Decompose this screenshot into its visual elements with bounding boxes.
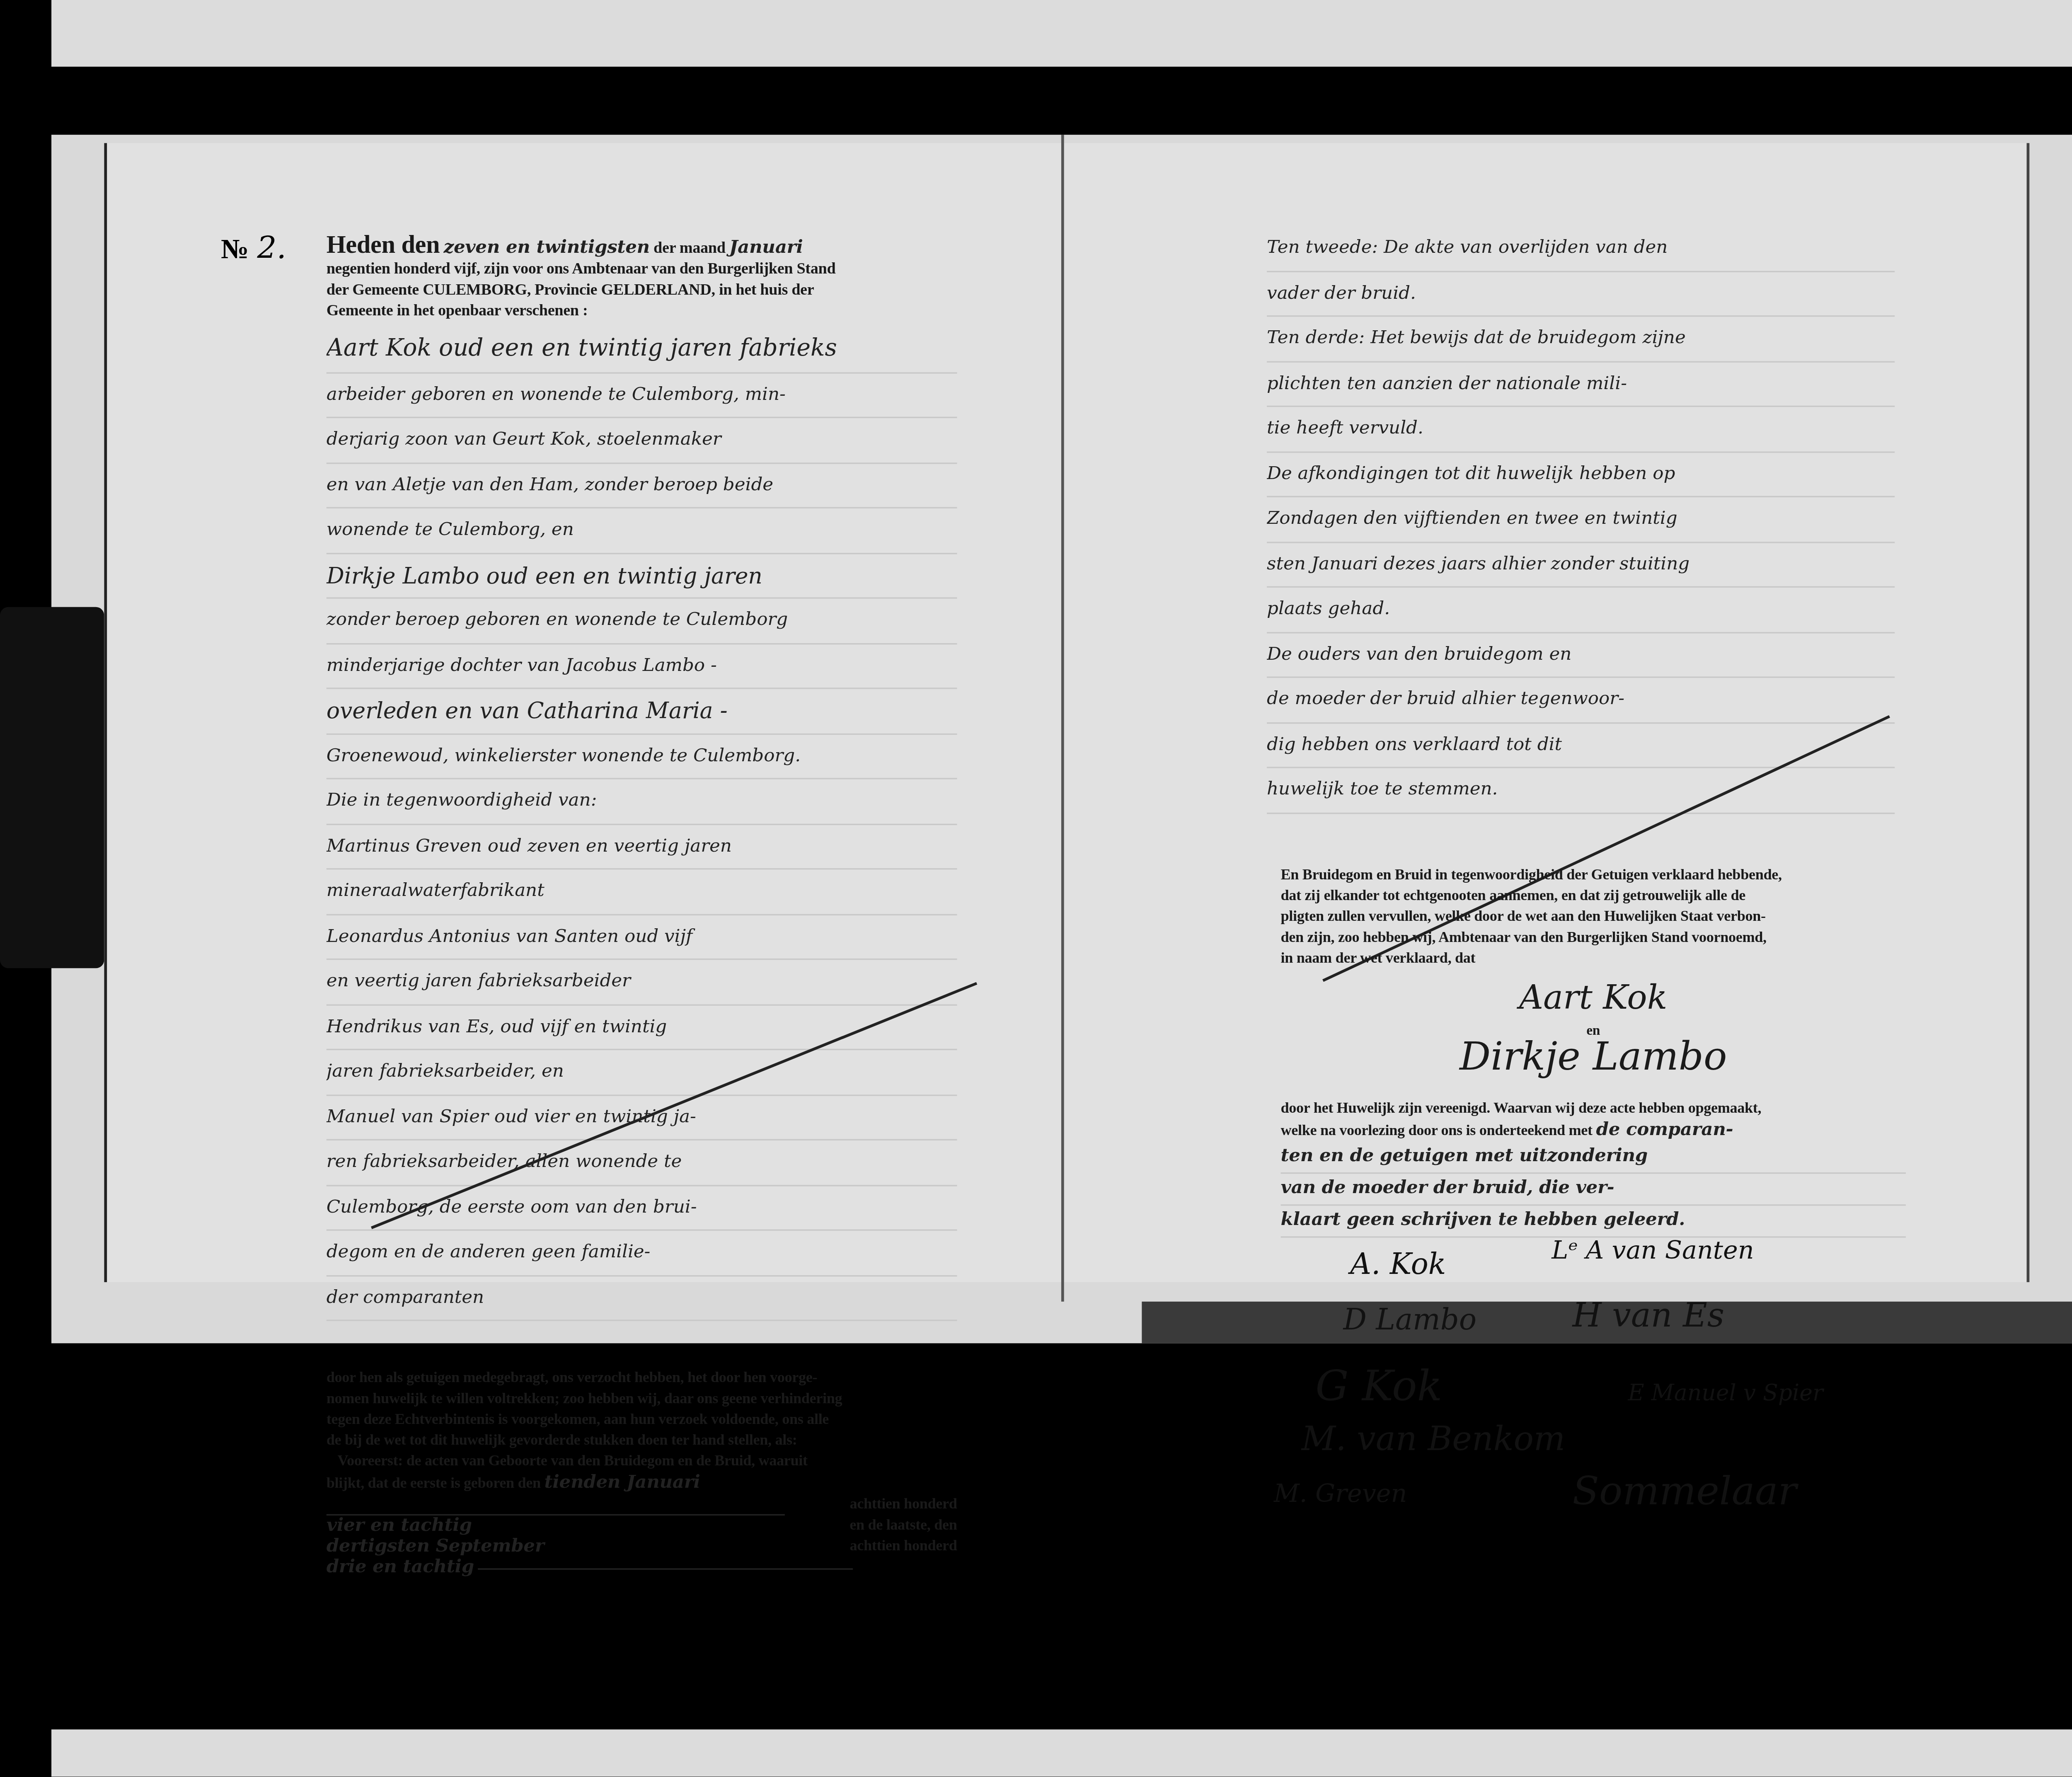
hand-line: arbeider geboren en wonende te Culemborg… [327,373,957,418]
year-row-1: vier en tachtigen de laatste, den [327,1516,957,1536]
signature-witness: M. Greven [1274,1479,1407,1508]
signature-mother: M. van Benkom [1302,1420,1565,1459]
printed-line: Vooreerst: de acten van Geboorte van den… [327,1452,957,1472]
hand-line: tie heeft vervuld. [1267,407,1895,452]
hand-line: mineraalwaterfabrikant [327,869,957,915]
book-gutter [1061,135,1064,1302]
right-printed-block: En Bruidegom en Bruid in tegenwoordighei… [1281,865,1906,969]
hand-line: zonder beroep geboren en wonende te Cule… [327,599,957,644]
hand-line: en van Aletje van den Ham, zonder beroep… [327,463,957,508]
hand-line: overleden en van Catharina Maria - [327,689,957,734]
hand-line: Groenewoud, winkelierster wonende te Cul… [327,734,957,780]
printed-line-3: der Gemeente CULEMBORG, Provincie GELDER… [327,281,957,301]
groom-name: Aart Kok [1281,974,1906,1021]
signature-witness: Lᵉ A van Santen [1552,1236,1754,1265]
left-page: №2. Heden den zeven en twintigsten der m… [104,143,1065,1282]
hand-line: de moeder der bruid alhier tegenwoor- [1267,678,1895,723]
couple-names: Aart Kok en Dirkje Lambo [1281,974,1906,1082]
printed-line: den zijn, zoo hebben wij, Ambtenaar van … [1281,928,1906,949]
hand-line: De ouders van den bruidegom en [1267,633,1895,678]
hand-line: ren fabrieksarbeider, allen wonende te [327,1140,957,1186]
printed-line: dat zij elkander tot echtgenooten aannem… [1281,886,1906,907]
written-text: de comparan- [1596,1120,1733,1140]
previous-frame-strip [51,0,2072,67]
century-row-2: dertigsten Septemberachttien honderd [327,1536,957,1557]
printed-line: pligten zullen vervullen, welke door de … [1281,907,1906,928]
hand-line: huwelijk toe te stemmen. [1267,768,1895,813]
written-date: tienden Januari [545,1472,700,1493]
left-text-column: Heden den zeven en twintigsten der maand… [327,235,957,1321]
binding-clip [0,607,104,968]
printed-line: door hen als getuigen medegebragt, ons v… [327,1368,957,1389]
hand-line: plichten ten aanzien der nationale mili- [1267,362,1895,407]
printed-text: en de laatste, den [850,1516,957,1536]
century-row-1: achttien honderd [327,1495,957,1516]
signature-groom: A. Kok [1350,1247,1446,1281]
month-printed: der maand [654,240,725,257]
hand-line: Aart Kok oud een en twintig jaren fabrie… [327,328,957,373]
right-handwritten-body: Ten tweede: De akte van overlijden van d… [1267,226,1895,813]
left-printed-block: door hen als getuigen medegebragt, ons v… [327,1368,957,1580]
hand-line: wonende te Culemborg, en [327,508,957,554]
printed-line: door het Huwelijk zijn vereenigd. Waarva… [1281,1099,1906,1119]
closing-block: door het Huwelijk zijn vereenigd. Waarva… [1281,1099,1906,1237]
open-register-book: №2. Heden den zeven en twintigsten der m… [51,135,2072,1343]
printed-line-4: Gemeente in het openbaar verschenen : [327,301,957,322]
hand-line: derjarig zoon van Geurt Kok, stoelenmake… [327,418,957,463]
signature-witness: E Manuel v Spier [1628,1380,1823,1406]
hand-line: en veertig jaren fabrieksarbeider [327,960,957,1005]
hand-line: Ten tweede: De akte van overlijden van d… [1267,226,1895,271]
next-frame-strip [51,1729,2072,1777]
opening-line: Heden den zeven en twintigsten der maand… [327,235,957,259]
signature-registrar: Sommelaar [1572,1468,1796,1514]
written-date: dertigsten September [327,1536,545,1557]
year-row-2: drie en tachtig [327,1557,957,1580]
hand-line: jaren fabrieksarbeider, en [327,1050,957,1095]
hand-line: minderjarige dochter van Jacobus Lambo - [327,644,957,689]
hand-line: Dirkje Lambo oud een en twintig jaren [327,554,957,599]
signature-bride: D Lambo [1343,1303,1477,1336]
printed-text: achttien honderd [850,1495,957,1516]
birth-first: blijkt, dat de eerste is geboren den tie… [327,1472,957,1495]
record-number: №2. [221,232,286,267]
written-line: ten en de getuigen met uitzondering [1281,1142,1906,1174]
signature-witness: H van Es [1572,1296,1724,1335]
printed-line: de bij de wet tot dit huwelijk gevorderd… [327,1431,957,1452]
left-handwritten-body: Aart Kok oud een en twintig jaren fabrie… [327,328,957,1321]
hand-line: vader der bruid. [1267,271,1895,317]
hand-line: der comparanten [327,1276,957,1321]
written-year: vier en tachtig [327,1516,472,1536]
printed-line: nomen huwelijk te willen voltrekken; zoo… [327,1389,957,1410]
written-line: klaart geen schrijven te hebben geleerd. [1281,1206,1906,1238]
hand-line: De afkondigingen tot dit huwelijk hebben… [1267,452,1895,497]
hand-line: Leonardus Antonius van Santen oud vijf [327,915,957,960]
hand-line: Die in tegenwoordigheid van: [327,779,957,824]
hand-line: Martinus Greven oud zeven en veertig jar… [327,824,957,869]
connector-en: en [1281,1021,1906,1032]
printed-text: achttien honderd [850,1536,957,1557]
record-number-value: 2. [257,232,286,267]
written-line: van de moeder der bruid, die ver- [1281,1174,1906,1206]
month-written: Januari [729,237,803,258]
closing-line-2: welke na voorlezing door ons is ondertee… [1281,1120,1906,1142]
written-year: drie en tachtig [327,1557,474,1578]
printed-line-2: negentien honderd vijf, zijn voor ons Am… [327,260,957,281]
microfilm-frame: №2. Heden den zeven en twintigsten der m… [0,0,2072,1777]
opening-printed: Heden den [327,230,440,258]
hand-line: dig hebben ons verklaard tot dit [1267,723,1895,768]
printed-line: in naam der wet verklaard, dat [1281,949,1906,969]
signature-father: G Kok [1315,1363,1442,1411]
bride-name: Dirkje Lambo [1281,1032,1906,1082]
right-page: Ten tweede: De akte van overlijden van d… [1065,143,2029,1282]
printed-line: tegen deze Echtverbintenis is voorgekome… [327,1410,957,1431]
printed-line: En Bruidegom en Bruid in tegenwoordighei… [1281,865,1906,886]
printed-text: blijkt, dat de eerste is geboren den [327,1475,541,1492]
printed-text: welke na voorlezing door ons is ondertee… [1281,1122,1593,1139]
hand-line: sten Januari dezes jaars alhier zonder s… [1267,542,1895,588]
hand-line: Ten derde: Het bewijs dat de bruidegom z… [1267,317,1895,362]
day-written: zeven en twintigsten [444,237,650,258]
hand-line: Zondagen den vijftienden en twee en twin… [1267,497,1895,542]
hand-line: plaats gehad. [1267,588,1895,633]
hand-line: degom en de anderen geen familie- [327,1231,957,1276]
number-sign: № [221,235,249,265]
